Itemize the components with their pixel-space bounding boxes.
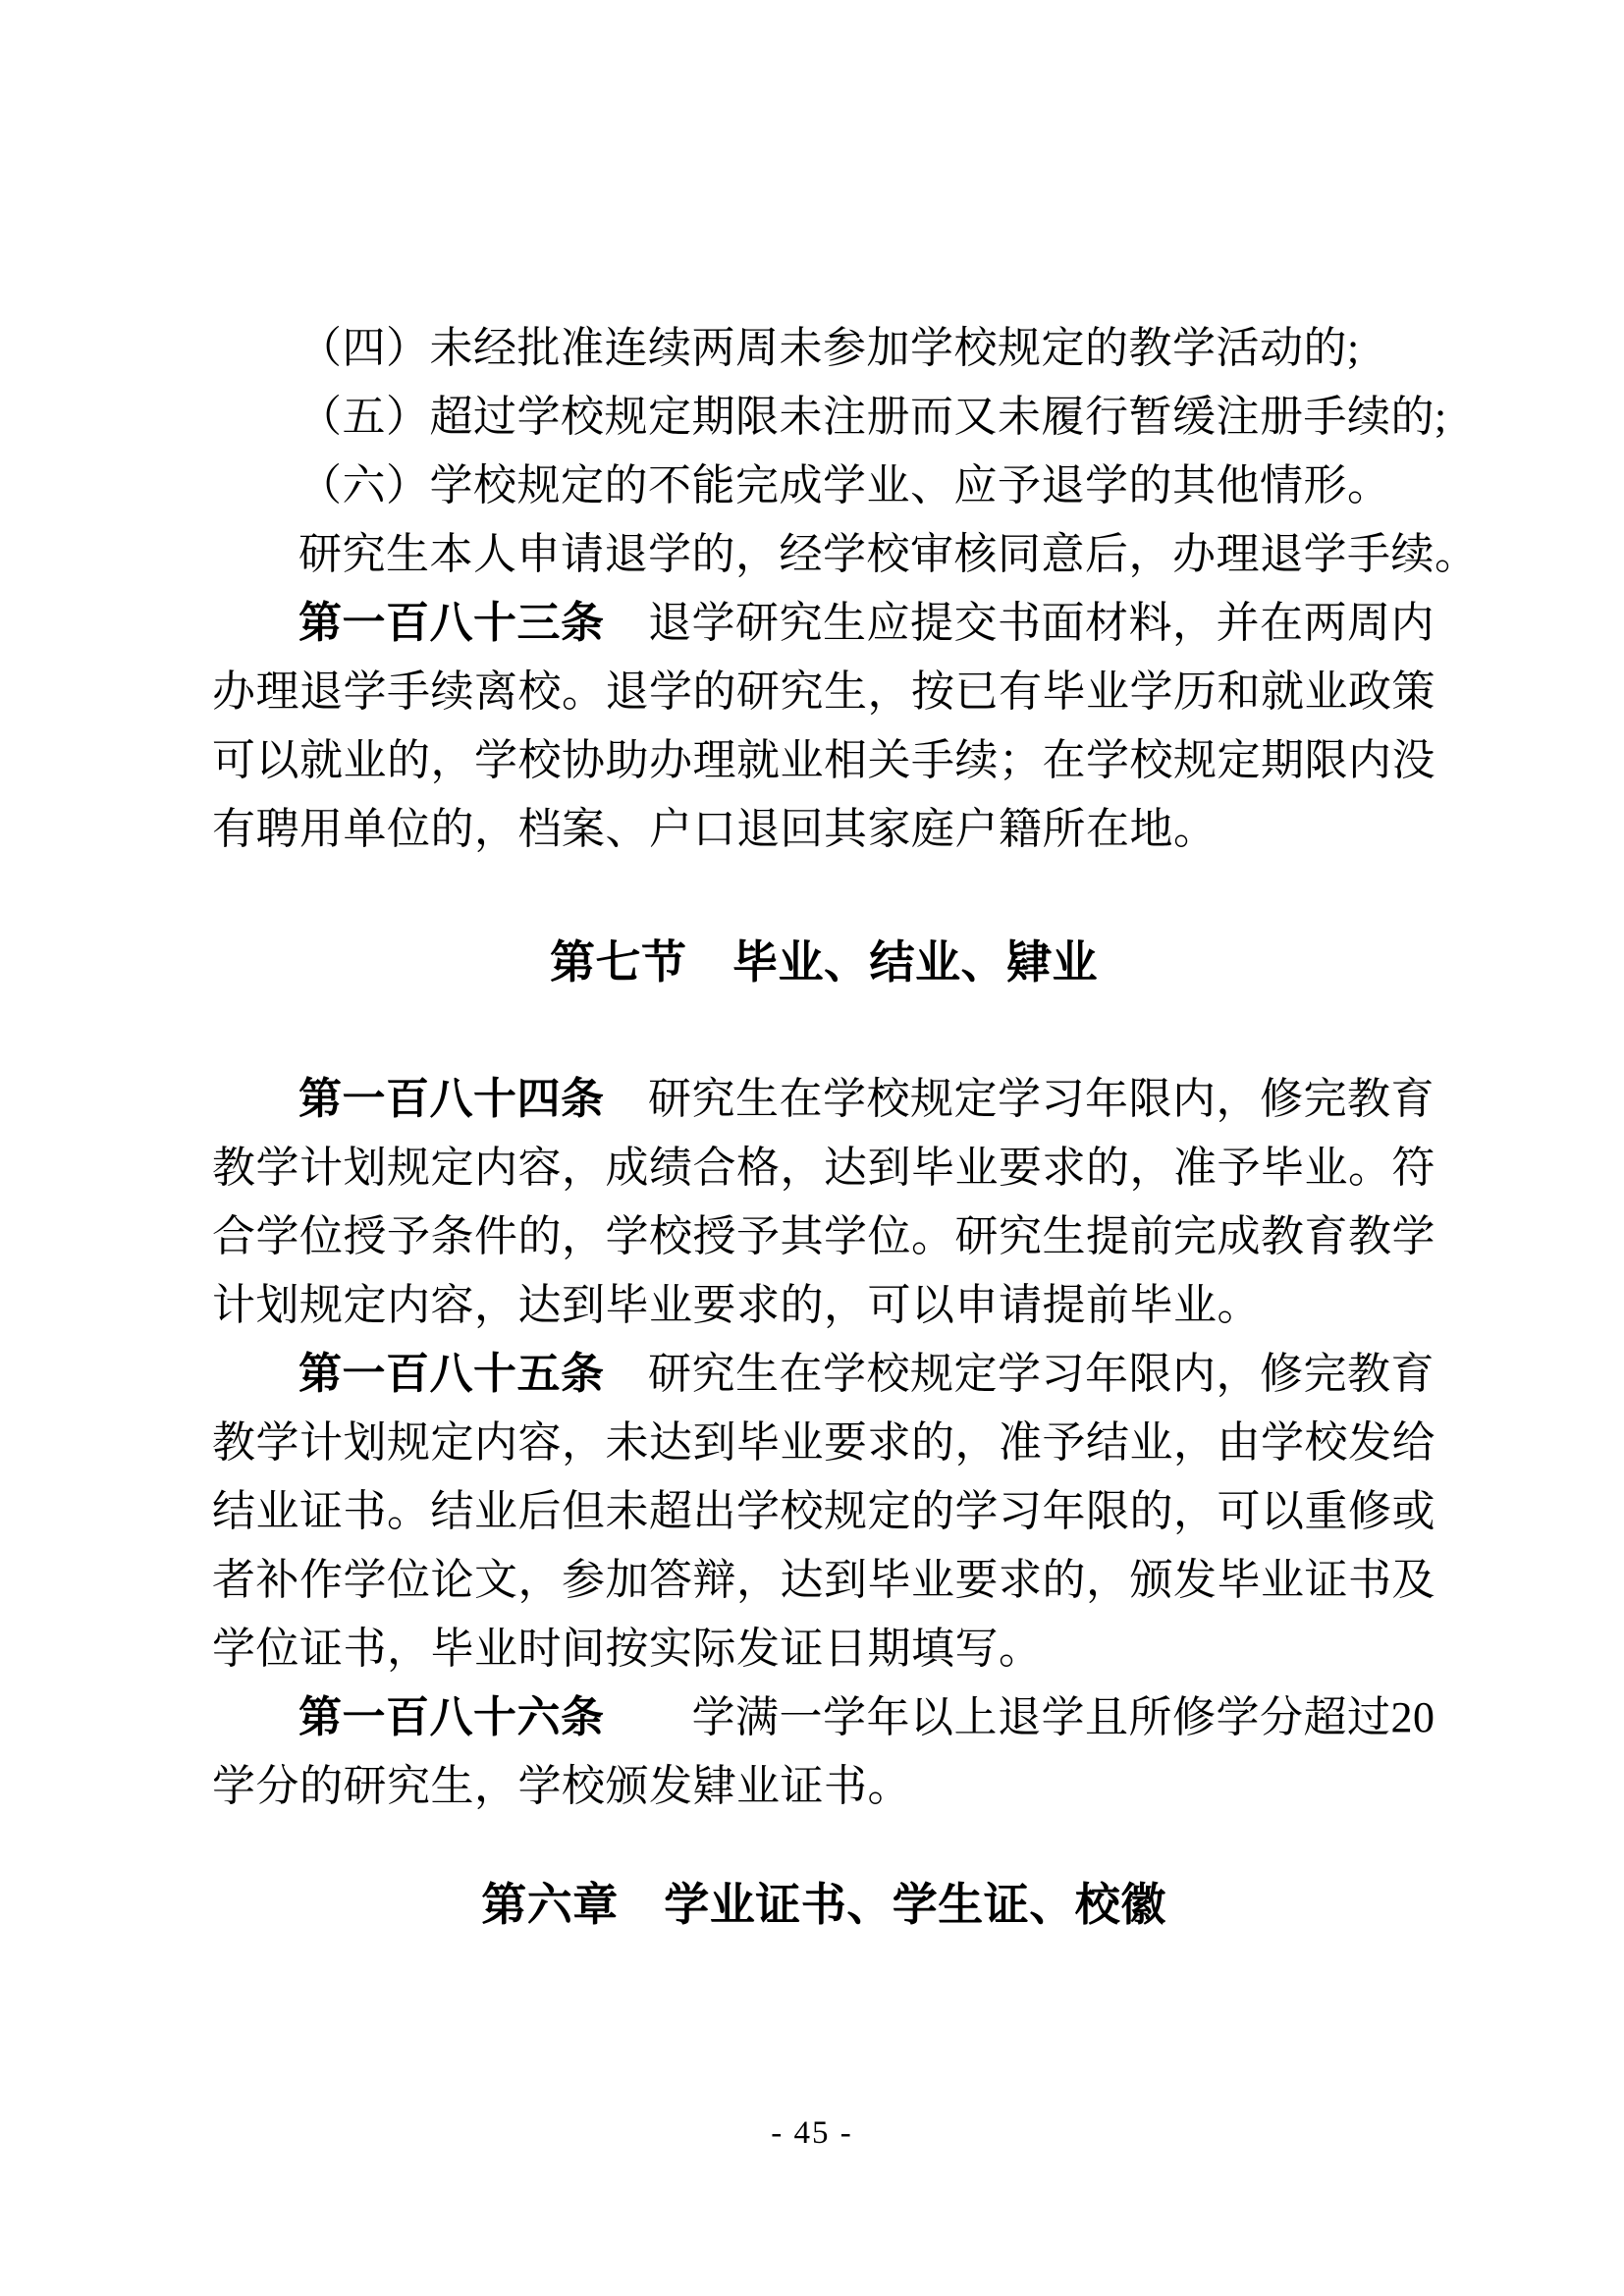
- text-segment: （六）学校规定的不能完成学业、应予退学的其他情形。: [298, 461, 1391, 509]
- text-line: 第一百八十三条 退学研究生应提交书面材料，并在两周内: [212, 589, 1435, 658]
- text-segment: 学分的研究生，学校颁发肄业证书。: [212, 1762, 911, 1810]
- text-line: 者补作学位论文，参加答辩，达到毕业要求的，颁发毕业证书及: [212, 1546, 1435, 1615]
- text-segment: 可以就业的，学校协助办理就业相关手续；在学校规定期限内没: [212, 736, 1435, 784]
- document-body: （四）未经批准连续两周未参加学校规定的教学活动的;（五）超过学校规定期限未注册而…: [212, 314, 1435, 1939]
- text-segment: 办理退学手续离校。退学的研究生，按已有毕业学历和就业政策: [212, 667, 1435, 716]
- text-line: 计划规定内容，达到毕业要求的，可以申请提前毕业。: [212, 1271, 1435, 1340]
- text-line: 研究生本人申请退学的，经学校审核同意后，办理退学手续。: [212, 520, 1435, 589]
- article-label: 第六章 学业证书、学生证、校徽: [481, 1879, 1166, 1930]
- text-line: （六）学校规定的不能完成学业、应予退学的其他情形。: [212, 452, 1435, 520]
- text-segment: 退学研究生应提交书面材料，并在两周内: [605, 599, 1435, 647]
- text-line: 可以就业的，学校协助办理就业相关手续；在学校规定期限内没: [212, 726, 1435, 795]
- article-label: 第七节 毕业、结业、肄业: [550, 936, 1098, 988]
- text-segment: 合学位授予条件的，学校授予其学位。研究生提前完成教育教学: [212, 1212, 1435, 1260]
- text-segment: 研究生在学校规定学习年限内，修完教育: [605, 1350, 1435, 1398]
- text-segment: 有聘用单位的，档案、户口退回其家庭户籍所在地。: [212, 805, 1218, 853]
- text-segment: 教学计划规定内容，成绩合格，达到毕业要求的，准予毕业。符: [212, 1144, 1435, 1192]
- text-line: 学位证书，毕业时间按实际发证日期填写。: [212, 1615, 1435, 1683]
- text-segment: 结业证书。结业后但未超出学校规定的学习年限的，可以重修或: [212, 1487, 1435, 1535]
- text-line: 学分的研究生，学校颁发肄业证书。: [212, 1752, 1435, 1821]
- text-line: （五）超过学校规定期限未注册而又未履行暂缓注册手续的;: [212, 383, 1435, 452]
- text-line: 第一百八十五条 研究生在学校规定学习年限内，修完教育: [212, 1340, 1435, 1409]
- text-segment: 学位证书，毕业时间按实际发证日期填写。: [212, 1625, 1043, 1673]
- page-number: - 45 -: [0, 2109, 1624, 2158]
- article-label: 第一百八十五条: [298, 1350, 605, 1398]
- text-line: 教学计划规定内容，成绩合格，达到毕业要求的，准予毕业。符: [212, 1134, 1435, 1202]
- text-segment: 计划规定内容，达到毕业要求的，可以申请提前毕业。: [212, 1281, 1261, 1329]
- text-segment: 学满一学年以上退学且所修学分超过20: [605, 1693, 1435, 1741]
- chapter-heading: 第六章 学业证书、学生证、校徽: [212, 1870, 1435, 1939]
- article-label: 第一百八十三条: [298, 599, 605, 647]
- article-label: 第一百八十六条: [298, 1693, 605, 1741]
- text-line: 结业证书。结业后但未超出学校规定的学习年限的，可以重修或: [212, 1477, 1435, 1546]
- text-line: 办理退学手续离校。退学的研究生，按已有毕业学历和就业政策: [212, 658, 1435, 726]
- text-line: 合学位授予条件的，学校授予其学位。研究生提前完成教育教学: [212, 1202, 1435, 1271]
- text-segment: （五）超过学校规定期限未注册而又未履行暂缓注册手续的;: [298, 393, 1447, 441]
- text-segment: 教学计划规定内容，未达到毕业要求的，准予结业，由学校发给: [212, 1418, 1435, 1467]
- text-line: 第一百八十六条 学满一学年以上退学且所修学分超过20: [212, 1683, 1435, 1752]
- text-line: 第一百八十四条 研究生在学校规定学习年限内，修完教育: [212, 1065, 1435, 1134]
- document-page: （四）未经批准连续两周未参加学校规定的教学活动的;（五）超过学校规定期限未注册而…: [0, 0, 1624, 2296]
- text-line: 教学计划规定内容，未达到毕业要求的，准予结业，由学校发给: [212, 1409, 1435, 1477]
- article-label: 第一百八十四条: [298, 1075, 605, 1123]
- text-segment: 研究生本人申请退学的，经学校审核同意后，办理退学手续。: [298, 530, 1479, 578]
- section-heading: 第七节 毕业、结业、肄业: [212, 928, 1435, 996]
- text-line: 有聘用单位的，档案、户口退回其家庭户籍所在地。: [212, 795, 1435, 864]
- text-line: （四）未经批准连续两周未参加学校规定的教学活动的;: [212, 314, 1435, 383]
- text-segment: （四）未经批准连续两周未参加学校规定的教学活动的;: [298, 324, 1360, 372]
- text-segment: 研究生在学校规定学习年限内，修完教育: [605, 1075, 1435, 1123]
- text-segment: 者补作学位论文，参加答辩，达到毕业要求的，颁发毕业证书及: [212, 1556, 1435, 1604]
